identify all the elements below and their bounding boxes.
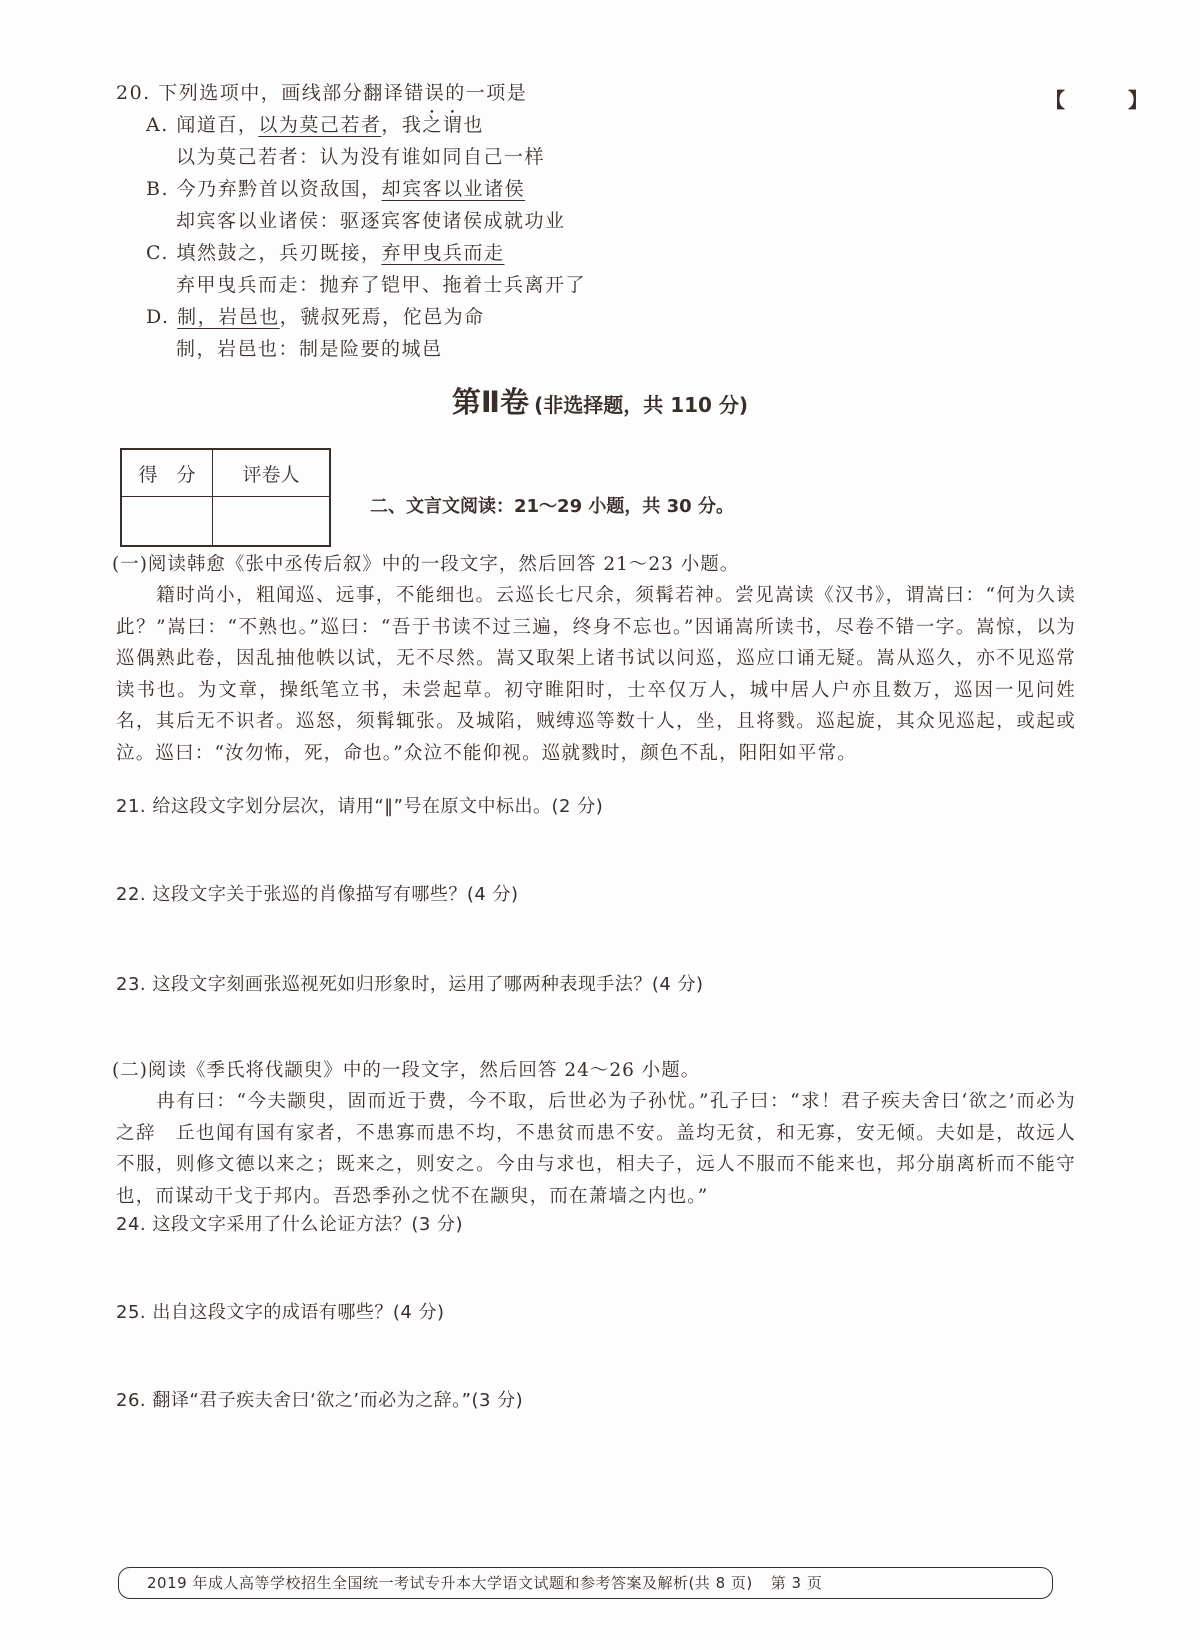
grader-cell[interactable] [213, 497, 331, 547]
passage2-intro: (二)阅读《季氏将伐颛臾》中的一段文字，然后回答 24～26 小题。 [112, 1058, 700, 1084]
page-footer: 2019 年成人高等学校招生全国统一考试专升本大学语文试题和参考答案及解析(共 … [118, 1567, 1053, 1599]
underlined-phrase: 却宾客以业诸侯 [382, 178, 526, 200]
question-21: 21. 给这段文字划分层次，请用“‖”号在原文中标出。(2 分) [116, 792, 603, 818]
grader-header: 评卷人 [213, 449, 331, 497]
q20-option-b[interactable]: B. 今乃弃黔首以资敌国，却宾客以业诸侯 [146, 176, 525, 202]
question-23: 23. 这段文字刻画张巡视死如归形象时，运用了哪两种表现手法？(4 分) [116, 970, 704, 996]
q20-stem: 20. 下列选项中，画线部分翻译错误的一项是 [116, 80, 527, 106]
q20-option-d-translation: 制，岩邑也：制是险要的城邑 [176, 336, 443, 362]
passage1-text: 籍时尚小，粗闻巡、远事，不能细也。云巡长七尺余，须髯若神。尝见嵩读《汉书》，谓嵩… [116, 580, 1076, 769]
emphasis-dot-char: 之 [422, 114, 443, 136]
footer-title: 2019 年成人高等学校招生全国统一考试专升本大学语文试题和参考答案及解析(共 … [147, 1574, 753, 1592]
answer-bracket[interactable]: 【 】 [1045, 84, 1176, 113]
q20-option-a-translation: 以为莫己若者：认为没有谁如同自己一样 [176, 144, 545, 170]
underlined-phrase: 制，岩邑也 [177, 306, 280, 328]
underlined-phrase: 弃甲曳兵而走 [381, 242, 504, 264]
score-header: 得 分 [121, 449, 213, 497]
question-25: 25. 出自这段文字的成语有哪些？(4 分) [116, 1298, 445, 1324]
q20-option-b-translation: 却宾客以业诸侯：驱逐宾客使诸侯成就功业 [176, 208, 566, 234]
question-22: 22. 这段文字关于张巡的肖像描写有哪些？(4 分) [116, 880, 519, 906]
page-number: 第 3 页 [771, 1574, 823, 1592]
volume-title: 第Ⅱ卷 (非选择题，共 110 分) [0, 380, 1200, 421]
exam-page: 20. 下列选项中，画线部分翻译错误的一项是 【 】 A. 闻道百，以为莫己若者… [0, 0, 1200, 1650]
underlined-phrase: 以为莫己若者 [258, 114, 381, 136]
section-heading: 二、文言文阅读：21～29 小题，共 30 分。 [370, 492, 734, 518]
passage2-text: 冉有曰：“今夫颛臾，固而近于费，今不取，后世必为子孙忧。”孔子曰：“求！君子疾夫… [116, 1086, 1076, 1212]
q20-option-a[interactable]: A. 闻道百，以为莫己若者，我之谓也 [146, 112, 484, 138]
volume-title-sub: (非选择题，共 110 分) [534, 393, 748, 417]
score-cell[interactable] [121, 497, 213, 547]
score-table: 得 分 评卷人 [120, 448, 331, 547]
q20-option-c-translation: 弃甲曳兵而走：抛弃了铠甲、拖着士兵离开了 [176, 272, 586, 298]
q20-option-c[interactable]: C. 填然鼓之，兵刃既接，弃甲曳兵而走 [146, 240, 504, 266]
emphasis-dot-char: 谓 [443, 114, 464, 136]
volume-title-main: 第Ⅱ卷 [452, 385, 529, 419]
q20-option-d[interactable]: D. 制，岩邑也，虢叔死焉，佗邑为命 [146, 304, 485, 330]
question-26: 26. 翻译“君子疾夫舍曰‘欲之’而必为之辞。”(3 分) [116, 1386, 523, 1412]
passage1-intro: (一)阅读韩愈《张中丞传后叙》中的一段文字，然后回答 21～23 小题。 [112, 552, 739, 578]
question-24: 24. 这段文字采用了什么论证方法？(3 分) [116, 1210, 463, 1236]
